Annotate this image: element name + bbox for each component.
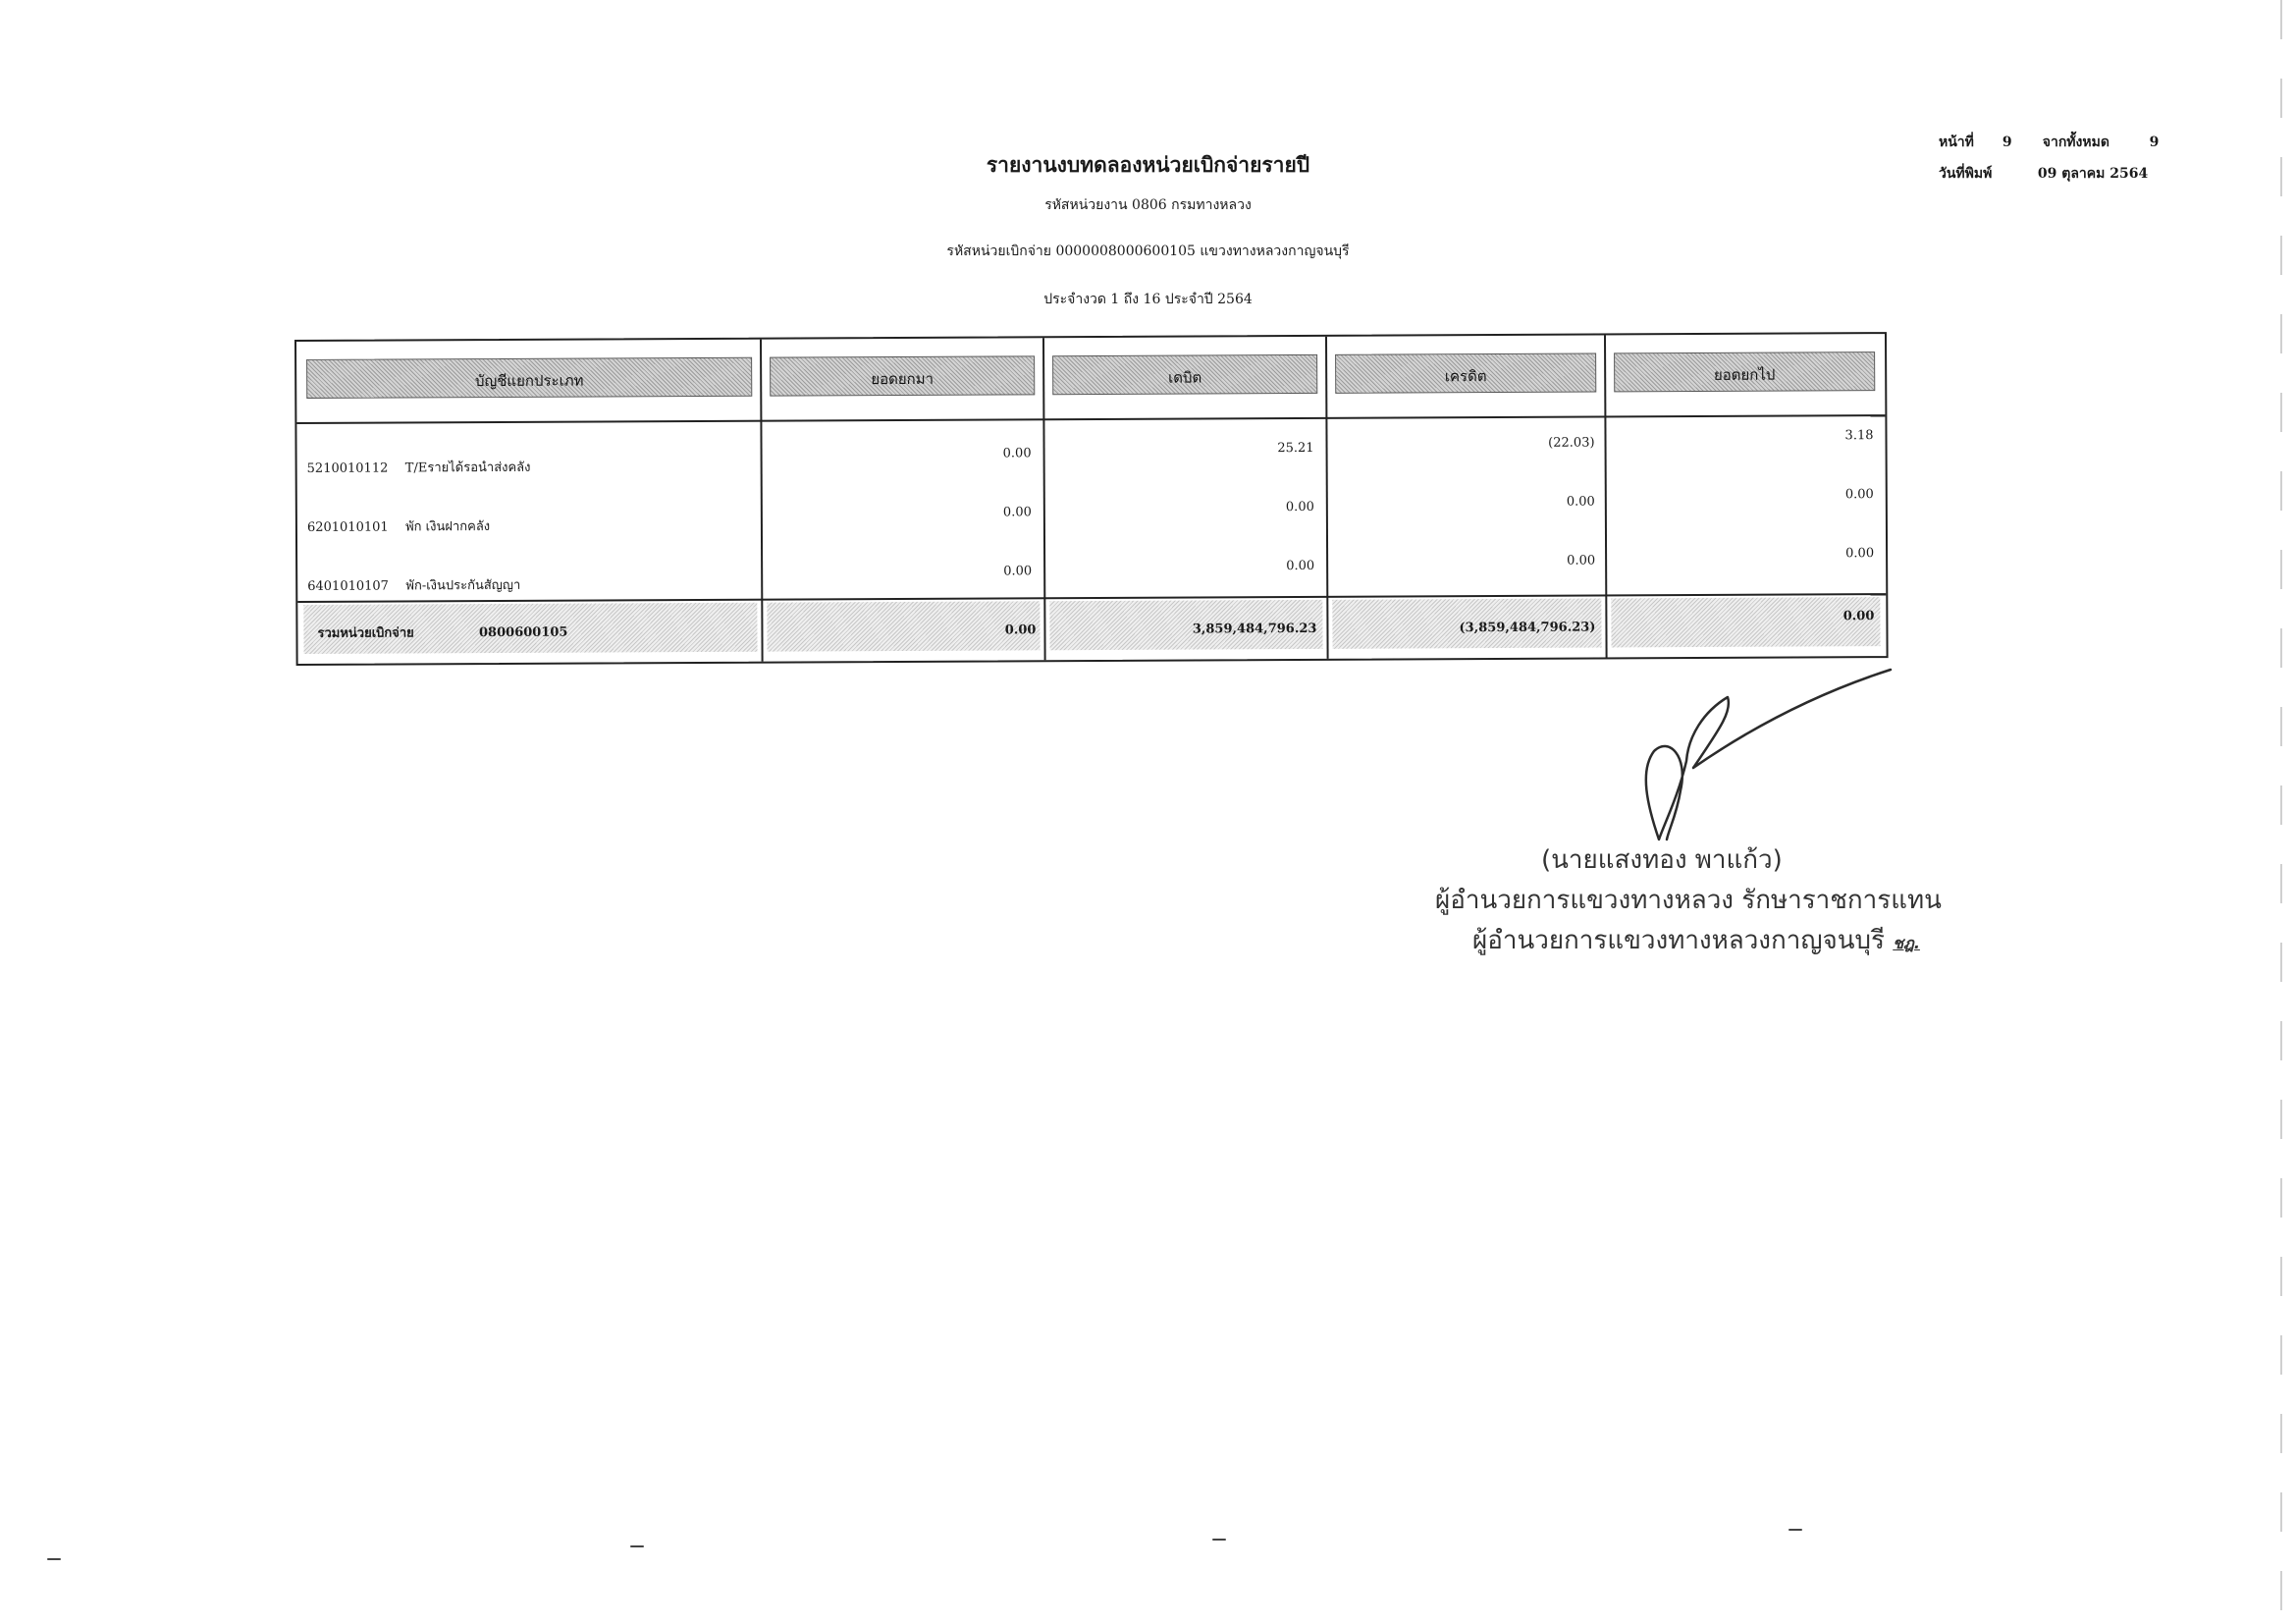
signatory-position-line1: ผู้อำนวยการแขวงทางหลวง รักษาราชการแทน [1435,880,1942,920]
column-header-account: บัญชีแยกประเภท [306,357,752,399]
disbursing-unit-line: รหัสหน่วยเบิกจ่าย 0000008000600105 แขวงท… [0,241,2296,262]
total-debit: 3,859,484,796.23 [1049,600,1322,650]
carried-forward-value: 0.00 [1613,546,1874,562]
brought-forward-value: 0.00 [769,564,1032,579]
column-header-carried-forward: ยอดยกไป [1614,352,1875,392]
total-credit: (3,859,484,796.23) [1332,598,1601,648]
print-date-label: วันที่พิมพ์ [1939,163,2033,185]
scan-mark [630,1545,644,1547]
account-name: T/Eรายได้รอนำส่งคลัง [405,460,531,476]
carried-forward-value: 3.18 [1612,428,1873,444]
header-divider [296,414,1885,424]
column-header-debit: เดบิต [1052,354,1317,395]
account-code: 5210010112 [307,460,401,475]
column-divider [760,340,764,662]
page-label: หน้าที่ [1939,132,1998,153]
scan-mark [1789,1529,1802,1531]
scan-mark [47,1558,61,1560]
signatory-position-line2: ผู้อำนวยการแขวงทางหลวงกาญจนบุรี ชฎ. [1472,920,1920,960]
signatory-name: (นายแสงทอง พาแก้ว) [1541,839,1783,880]
column-header-credit: เครดิต [1335,353,1596,394]
brought-forward-value: 0.00 [769,505,1032,520]
period-line: ประจำงวด 1 ถึง 16 ประจำปี 2564 [0,289,2296,310]
page-number: 9 [2002,135,2038,150]
carried-forward-value: 0.00 [1613,487,1874,503]
scan-edge-line [2280,0,2282,1624]
initials-mark: ชฎ. [1893,934,1920,952]
account-code: 6201010101 [307,519,401,534]
credit-value: 0.00 [1334,554,1595,569]
table-row: 6201010101 พัก เงินฝากคลัง [307,515,490,537]
column-divider [1604,335,1608,657]
table-row: 6401010107 พัก-เงินประกันสัญญา [307,574,520,596]
credit-value: (22.03) [1333,436,1594,452]
credit-value: 0.00 [1334,495,1595,511]
total-unit-code: 0800600105 [479,625,568,640]
column-divider [1042,338,1046,660]
total-label: รวมหน่วยเบิกจ่าย [303,604,474,664]
brought-forward-value: 0.00 [769,446,1032,461]
debit-value: 0.00 [1051,500,1314,515]
print-date-info: วันที่พิมพ์ 09 ตุลาคม 2564 [1939,163,2148,185]
debit-value: 25.21 [1051,441,1314,457]
scan-mark [1212,1539,1226,1541]
total-brought-forward: 0.00 [767,601,1040,651]
table-row: 5210010112 T/Eรายได้รอนำส่งคลัง [307,457,531,478]
debit-value: 0.00 [1051,559,1314,574]
trial-balance-table: บัญชีแยกประเภท ยอดยกมา เดบิต เครดิต ยอดย… [294,332,1889,666]
handwritten-signature [1610,658,1904,854]
account-name: พัก เงินฝากคลัง [405,519,490,534]
total-pages: 9 [2150,135,2160,150]
signatory-position-text: ผู้อำนวยการแขวงทางหลวงกาญจนบุรี [1472,926,1885,955]
page-number-info: หน้าที่ 9 จากทั้งหมด 9 [1939,132,2159,153]
print-date: 09 ตุลาคม 2564 [2038,163,2148,185]
column-divider [1325,337,1329,659]
total-label: จากทั้งหมด [2043,132,2145,153]
agency-line: รหัสหน่วยงาน 0806 กรมทางหลวง [0,194,2296,216]
total-carried-forward: 0.00 [1611,597,1880,647]
total-row-label: รวมหน่วยเบิกจ่าย 0800600105 [303,603,757,654]
account-name: พัก-เงินประกันสัญญา [405,578,520,594]
column-header-brought-forward: ยอดยกมา [770,355,1035,396]
account-code: 6401010107 [307,578,401,593]
